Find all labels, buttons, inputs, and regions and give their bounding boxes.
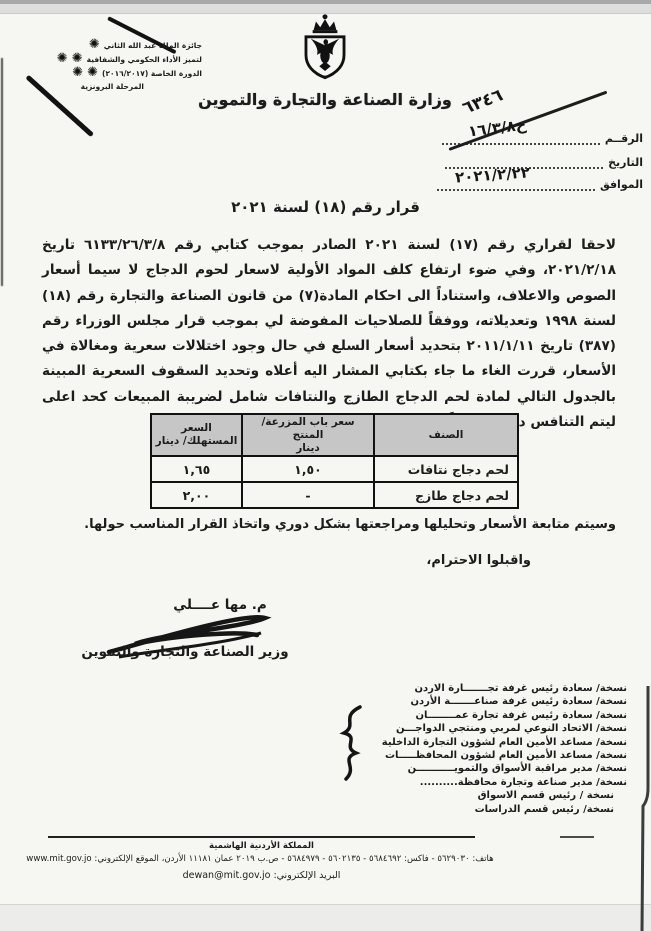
price-table: الصنف سعر باب المزرعة/ المنتج دينار السع… — [150, 413, 519, 509]
cell-consumer-price: ١,٦٥ — [151, 456, 242, 482]
table-row: لحم دجاج طازج - ٢,٠٠ — [151, 482, 518, 508]
list-item: نسخة/ رئيس قسم الدراسات — [382, 803, 614, 816]
list-item: نسخة/ سعادة رئيس غرفة تجـــــــارة الارد… — [382, 682, 627, 695]
scan-bottom-strip — [0, 905, 651, 931]
star-icon: ✺ — [72, 68, 83, 78]
list-item: نسخة/ الاتحاد النوعي لمربي ومنتجي الدواج… — [382, 722, 627, 735]
reference-date-label: التاريخ — [608, 156, 643, 169]
list-item: نسخة/ مدير صناعة وتجارة محافظة.......... — [382, 776, 627, 789]
award-line: الدورة الخاصة (٢٠١٦/٢٠١٧) — [102, 69, 202, 78]
award-line: المرحلة البرونزية — [81, 82, 144, 91]
footer-divider-segment — [560, 836, 594, 838]
column-header-consumer-line2: المستهلك/ دينار — [154, 435, 239, 448]
list-item: نسخة/ مدير مراقبة الأسواق والتمويـــــــ… — [382, 762, 627, 775]
scan-right-edge — [631, 680, 651, 931]
list-item: نسخة/ مساعد الأمين العام لشؤون المحافظــ… — [382, 749, 627, 762]
reference-corresponding-label: الموافق — [600, 178, 643, 191]
minister-title: وزير الصناعة والتجارة والتموين — [60, 644, 310, 660]
cell-farm-gate-price: - — [242, 482, 374, 508]
footer-divider — [48, 836, 475, 838]
scanned-document-page: جائزة الملك عبد الله الثاني ✺ لتميز الأد… — [0, 0, 651, 931]
decision-body-paragraph: لاحقا لقراري رقم (١٧) لسنة ٢٠٢١ الصادر ب… — [42, 233, 616, 435]
column-header-farm-gate: سعر باب المزرعة/ المنتج دينار — [242, 414, 374, 456]
award-line: جائزة الملك عبد الله الثاني — [104, 41, 202, 50]
award-stamp: جائزة الملك عبد الله الثاني ✺ لتميز الأد… — [52, 40, 202, 95]
list-item: نسخة/ مساعد الأمين العام لشؤون التجارة ا… — [382, 736, 627, 749]
reference-number-label: الرقــم — [605, 132, 643, 145]
footer-kingdom-name: المملكة الأردنية الهاشمية — [48, 841, 475, 851]
star-icon: ✺ — [87, 68, 98, 78]
column-header-farm-gate-line2: دينار — [245, 442, 371, 455]
decision-title: قرار رقم (١٨) لسنة ٢٠٢١ — [0, 198, 651, 216]
star-icon: ✺ — [89, 40, 100, 50]
cell-item: لحم دجاج طازج — [374, 482, 518, 508]
scan-left-edge — [1, 58, 3, 286]
followup-sentence: وسيتم متابعة الأسعار وتحليلها ومراجعتها … — [84, 517, 616, 532]
star-icon: ✺ — [57, 54, 68, 64]
scan-edge-band — [0, 4, 651, 13]
list-item: نسخة / رئيس قسم الاسواق — [382, 789, 614, 802]
table-row: لحم دجاج نتافات ١,٥٠ ١,٦٥ — [151, 456, 518, 482]
column-header-consumer: السعر المستهلك/ دينار — [151, 414, 242, 456]
handwritten-reference-note: ٦٣٤٦ — [460, 85, 506, 119]
footer-contact-line: هاتف: ٥٦٢٩٠٣٠ - فاكس: ٥٦٨٤٦٩٢ - ٥٦٠٢١٣٥ … — [14, 854, 506, 864]
list-item: نسخة/ سعادة رئيس غرفة صناعـــــــة الأرد… — [382, 695, 627, 708]
list-item: نسخة/ سعادة رئيس غرفة تجارة عمــــــــان — [382, 709, 627, 722]
award-line: لتميز الأداء الحكومي والشفافية — [87, 55, 202, 64]
footer-email-line: البريد الإلكتروني: dewan@mit.gov.jo — [48, 870, 475, 881]
cell-item: لحم دجاج نتافات — [374, 456, 518, 482]
jordan-coat-of-arms-icon — [277, 13, 373, 91]
distribution-list: نسخة/ سعادة رئيس غرفة تجـــــــارة الارد… — [382, 682, 627, 816]
cell-farm-gate-price: ١,٥٠ — [242, 456, 374, 482]
column-header-consumer-line1: السعر — [154, 422, 239, 435]
ministry-name: وزارة الصناعة والتجارة والتموين — [195, 90, 455, 109]
column-header-item: الصنف — [374, 414, 518, 456]
closing-salutation: واقبلوا الاحترام، — [426, 553, 531, 568]
column-header-farm-gate-line1: سعر باب المزرعة/ المنتج — [245, 416, 371, 442]
handwritten-initials — [330, 703, 370, 783]
cell-consumer-price: ٢,٠٠ — [151, 482, 242, 508]
star-icon: ✺ — [72, 54, 83, 64]
